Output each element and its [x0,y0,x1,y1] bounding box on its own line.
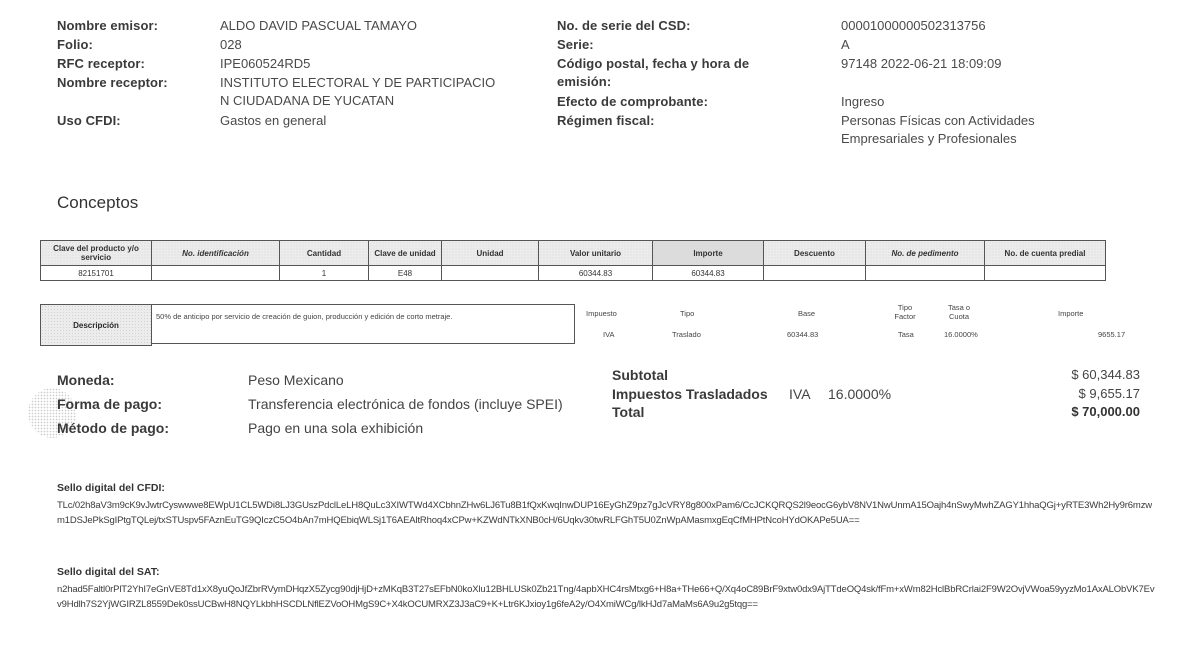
value-serie-csd: 00001000000502313756 [841,18,986,33]
tax-base: 60344.83 [787,330,818,339]
tax-impuesto: IVA [603,330,615,339]
description-text: 50% de anticipo por servicio de creación… [151,304,575,344]
label-fecha-emision: Código postal, fecha y hora de [557,56,749,71]
label-total: Total [612,404,644,420]
tax-tipo-factor: Tasa [898,330,914,339]
cell-valor-unitario: 60344.83 [539,266,653,281]
sat-seal-text: n2had5Faltl0rPlT2YhI7eGnVE8Td1xX8yuQoJfZ… [57,582,1157,612]
value-rfc-receptor: IPE060524RD5 [220,56,310,71]
cell-no-cuenta-predial [985,266,1106,281]
cfdi-seal-title: Sello digital del CFDI: [57,482,165,494]
cell-descuento [764,266,866,281]
col-valor-unitario: Valor unitario [539,241,653,266]
label-metodo-pago: Método de pago: [57,420,169,436]
tax-header-tipo: Tipo [680,309,694,318]
tax-header-base: Base [798,309,815,318]
tax-header-importe: Importe [1058,309,1083,318]
cell-clave-producto: 82151701 [41,266,152,281]
col-no-identificacion: No. identificación [152,241,280,266]
value-uso-cfdi: Gastos en general [220,113,326,128]
value-subtotal: $ 60,344.83 [980,367,1140,382]
label-efecto-comprobante: Efecto de comprobante: [557,94,708,109]
cell-cantidad: 1 [280,266,369,281]
col-cantidad: Cantidad [280,241,369,266]
value-forma-pago: Transferencia electrónica de fondos (inc… [248,396,563,412]
value-fecha-emision: 97148 2022-06-21 18:09:09 [841,56,1001,71]
label-regimen-fiscal: Régimen fiscal: [557,113,655,128]
value-moneda: Peso Mexicano [248,372,344,388]
cell-no-pedimento [866,266,985,281]
description-label: Descripción [40,304,152,346]
label-nombre-emisor: Nombre emisor: [57,18,158,33]
value-nombre-receptor: INSTITUTO ELECTORAL Y DE PARTICIPACIO [220,75,495,90]
tax-header-impuesto: Impuesto [586,309,617,318]
value-tax-name: IVA [789,386,811,402]
tax-header-tasa-cuota: Tasa o Cuota [942,303,976,321]
value-tax-rate: 16.0000% [828,386,891,402]
col-clave-producto: Clave del producto y/o servicio [41,241,152,266]
value-serie: A [841,37,850,52]
cell-unidad [442,266,539,281]
value-regimen-fiscal: Personas Físicas con Actividades [841,113,1035,128]
tax-tipo: Traslado [672,330,701,339]
value-metodo-pago: Pago en una sola exhibición [248,420,423,436]
label-folio: Folio: [57,37,93,52]
col-no-pedimento: No. de pedimento [866,241,985,266]
label-subtotal: Subtotal [612,367,668,383]
label-nombre-receptor: Nombre receptor: [57,75,168,90]
table-header-row: Clave del producto y/o servicio No. iden… [41,241,1106,266]
tax-importe: 9655.17 [1098,330,1125,339]
label-fecha-emision-line2: emisión: [557,74,611,89]
value-nombre-receptor-line2: N CIUDADANA DE YUCATAN [220,93,394,108]
col-unidad: Unidad [442,241,539,266]
value-regimen-fiscal-line2: Empresariales y Profesionales [841,131,1017,146]
cell-importe: 60344.83 [653,266,764,281]
value-impuestos: $ 9,655.17 [980,386,1140,401]
col-clave-unidad: Clave de unidad [369,241,442,266]
value-total: $ 70,000.00 [980,404,1140,419]
col-no-cuenta-predial: No. de cuenta predial [985,241,1106,266]
table-row: 82151701 1 E48 60344.83 60344.83 [41,266,1106,281]
cell-clave-unidad: E48 [369,266,442,281]
value-folio: 028 [220,37,242,52]
value-efecto-comprobante: Ingreso [841,94,884,109]
col-importe: Importe [653,241,764,266]
label-moneda: Moneda: [57,372,115,388]
label-rfc-receptor: RFC receptor: [57,56,145,71]
cell-no-identificacion [152,266,280,281]
label-uso-cfdi: Uso CFDI: [57,113,121,128]
conceptos-title: Conceptos [57,193,138,213]
tax-header-tipo-factor: Tipo Factor [891,303,919,321]
conceptos-table: Clave del producto y/o servicio No. iden… [40,240,1106,281]
sat-seal-title: Sello digital del SAT: [57,566,159,578]
label-forma-pago: Forma de pago: [57,396,162,412]
cfdi-seal-text: TLc/02h8aV3m9cK9vJwtrCyswwwe8EWpU1CL5WDi… [57,498,1157,528]
tax-tasa-cuota: 16.0000% [944,330,978,339]
col-descuento: Descuento [764,241,866,266]
label-serie-csd: No. de serie del CSD: [557,18,691,33]
label-impuestos-trasladados: Impuestos Trasladados [612,386,768,402]
value-nombre-emisor: ALDO DAVID PASCUAL TAMAYO [220,18,417,33]
label-serie: Serie: [557,37,594,52]
